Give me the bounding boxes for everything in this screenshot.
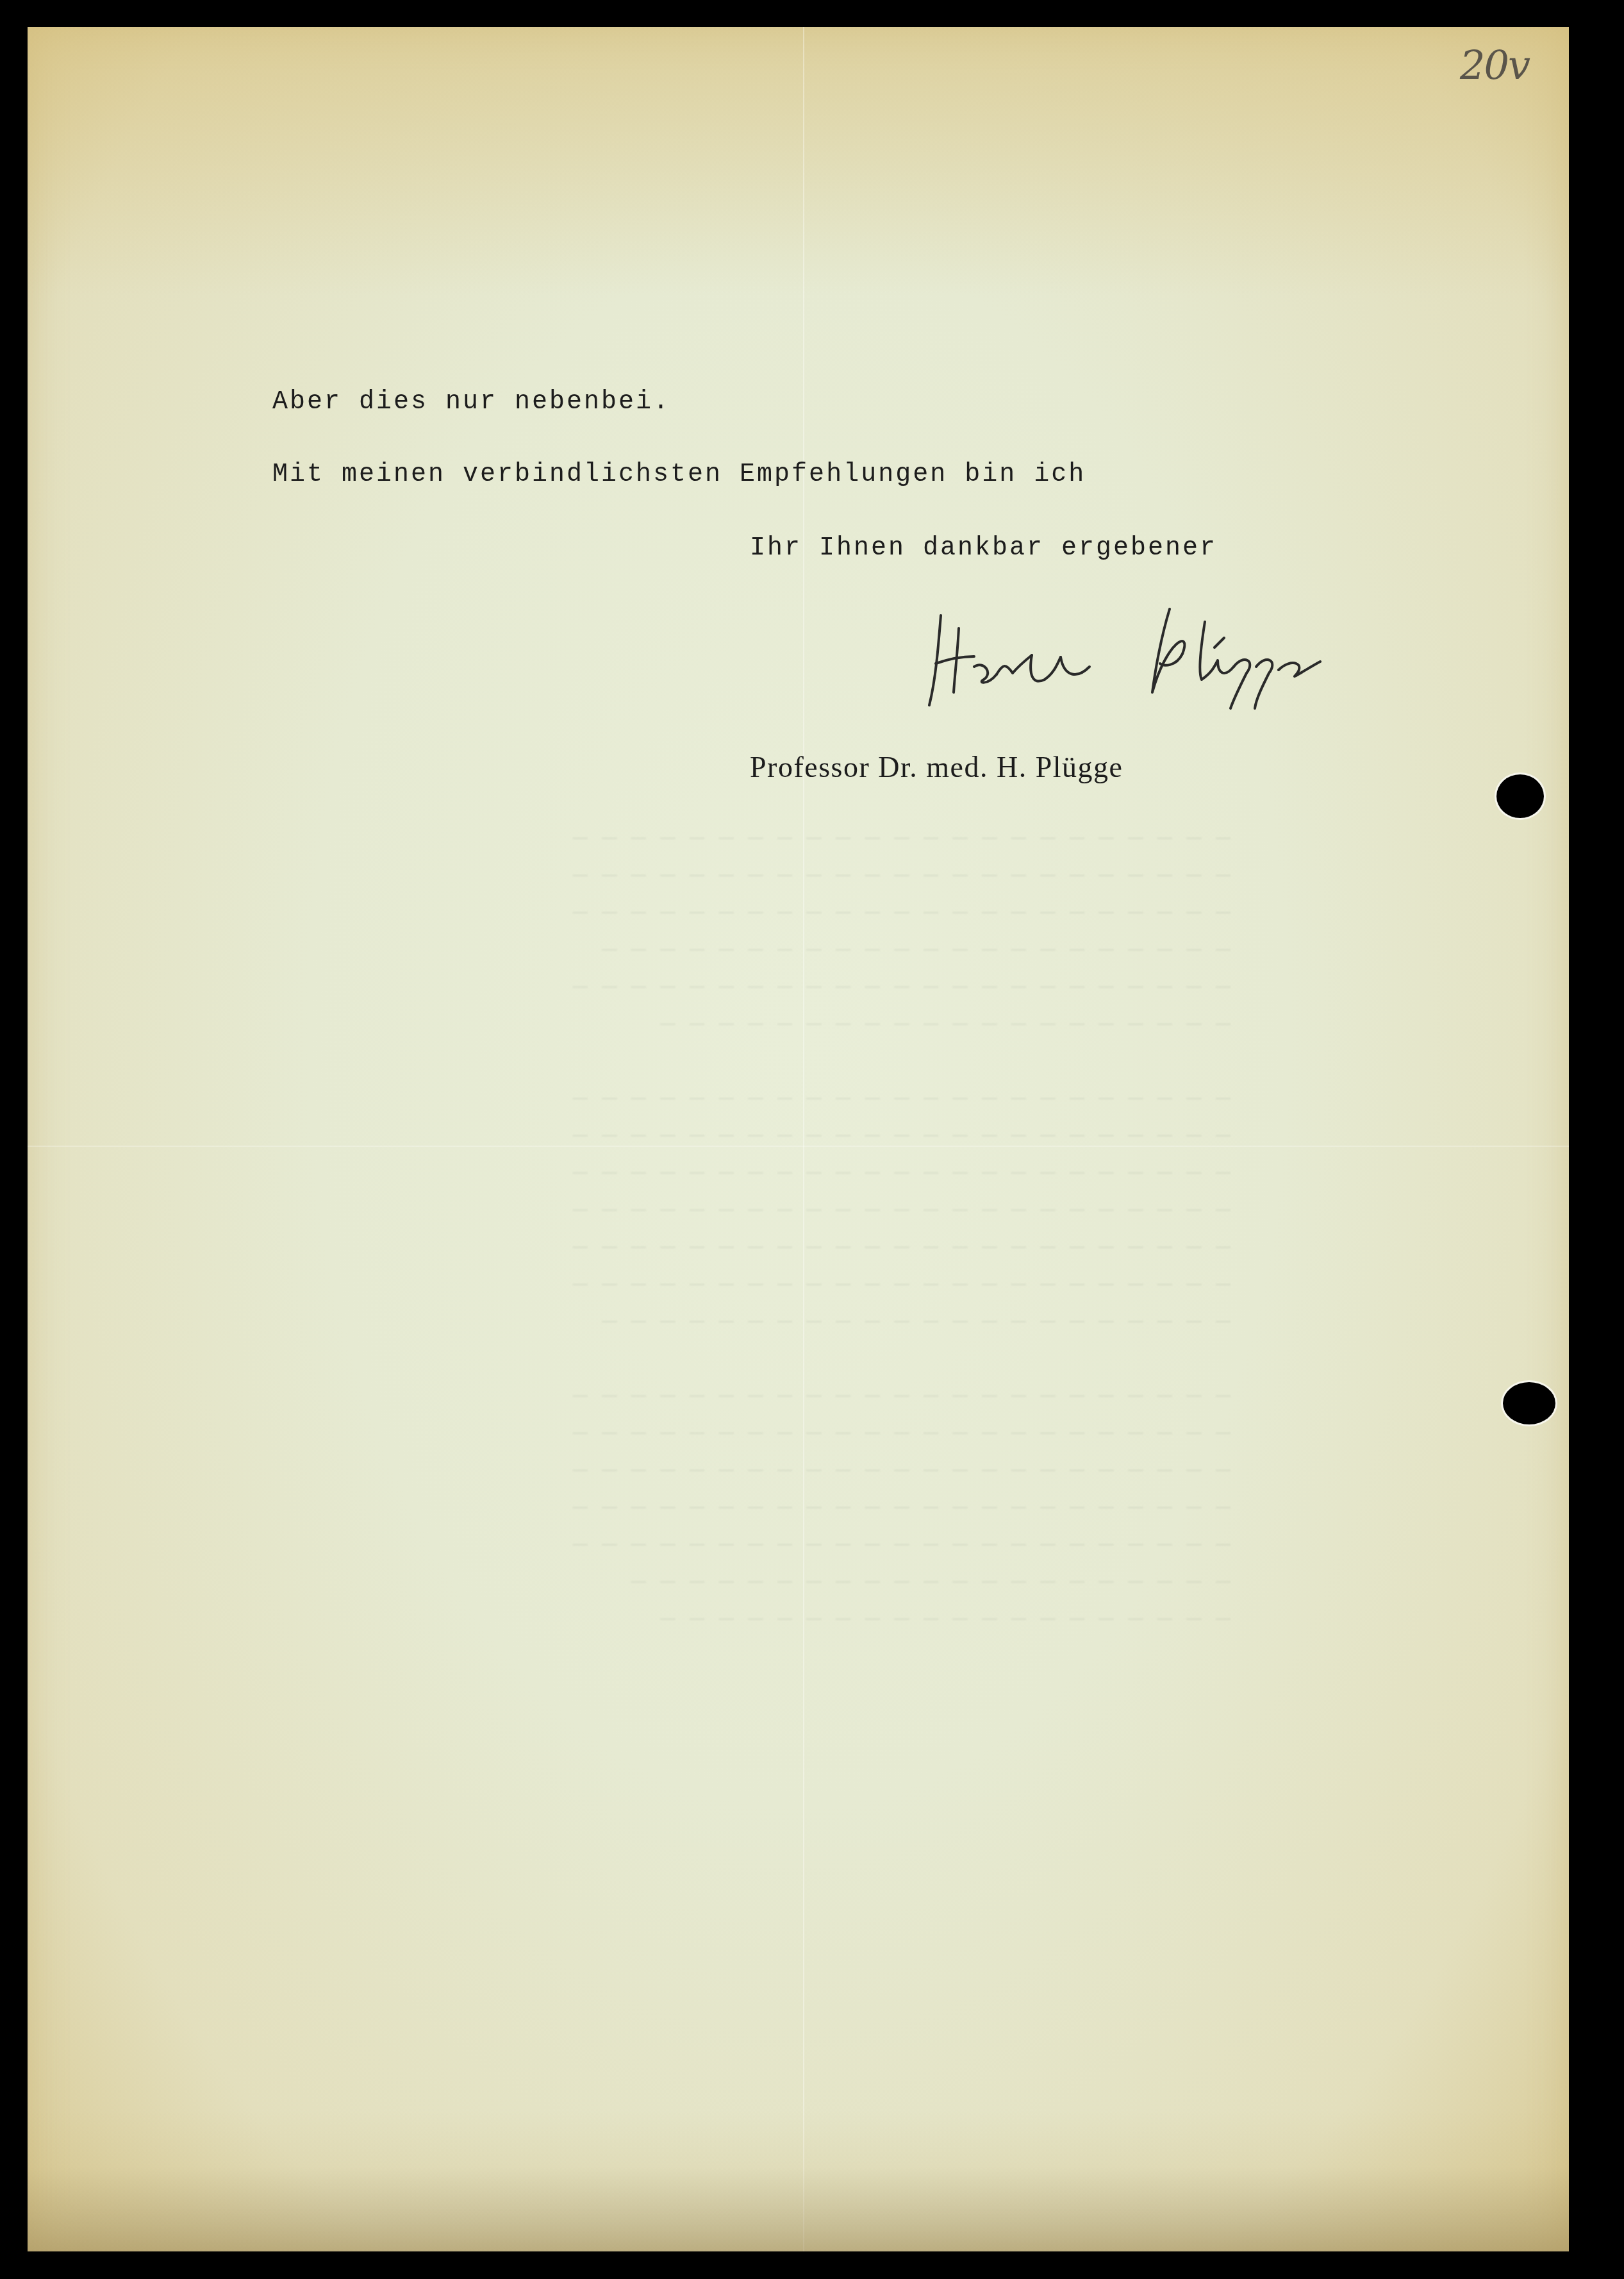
body-line-2: Mit meinen verbindlichsten Empfehlungen … (272, 460, 1086, 489)
punch-hole-lower (1503, 1382, 1555, 1424)
punch-hole-upper (1496, 774, 1544, 818)
signatory-name: Professor Dr. med. H. Plügge (750, 750, 1123, 784)
body-line-1: Aber dies nur nebenbei. (272, 388, 670, 417)
folio-number: 20v (1460, 42, 1529, 88)
closing-line: Ihr Ihnen dankbar ergebener (750, 534, 1217, 563)
handwritten-signature (923, 603, 1384, 712)
bleed-through-text: — — — — — — — — — — — — — — — — — — — — … (231, 821, 1230, 1974)
